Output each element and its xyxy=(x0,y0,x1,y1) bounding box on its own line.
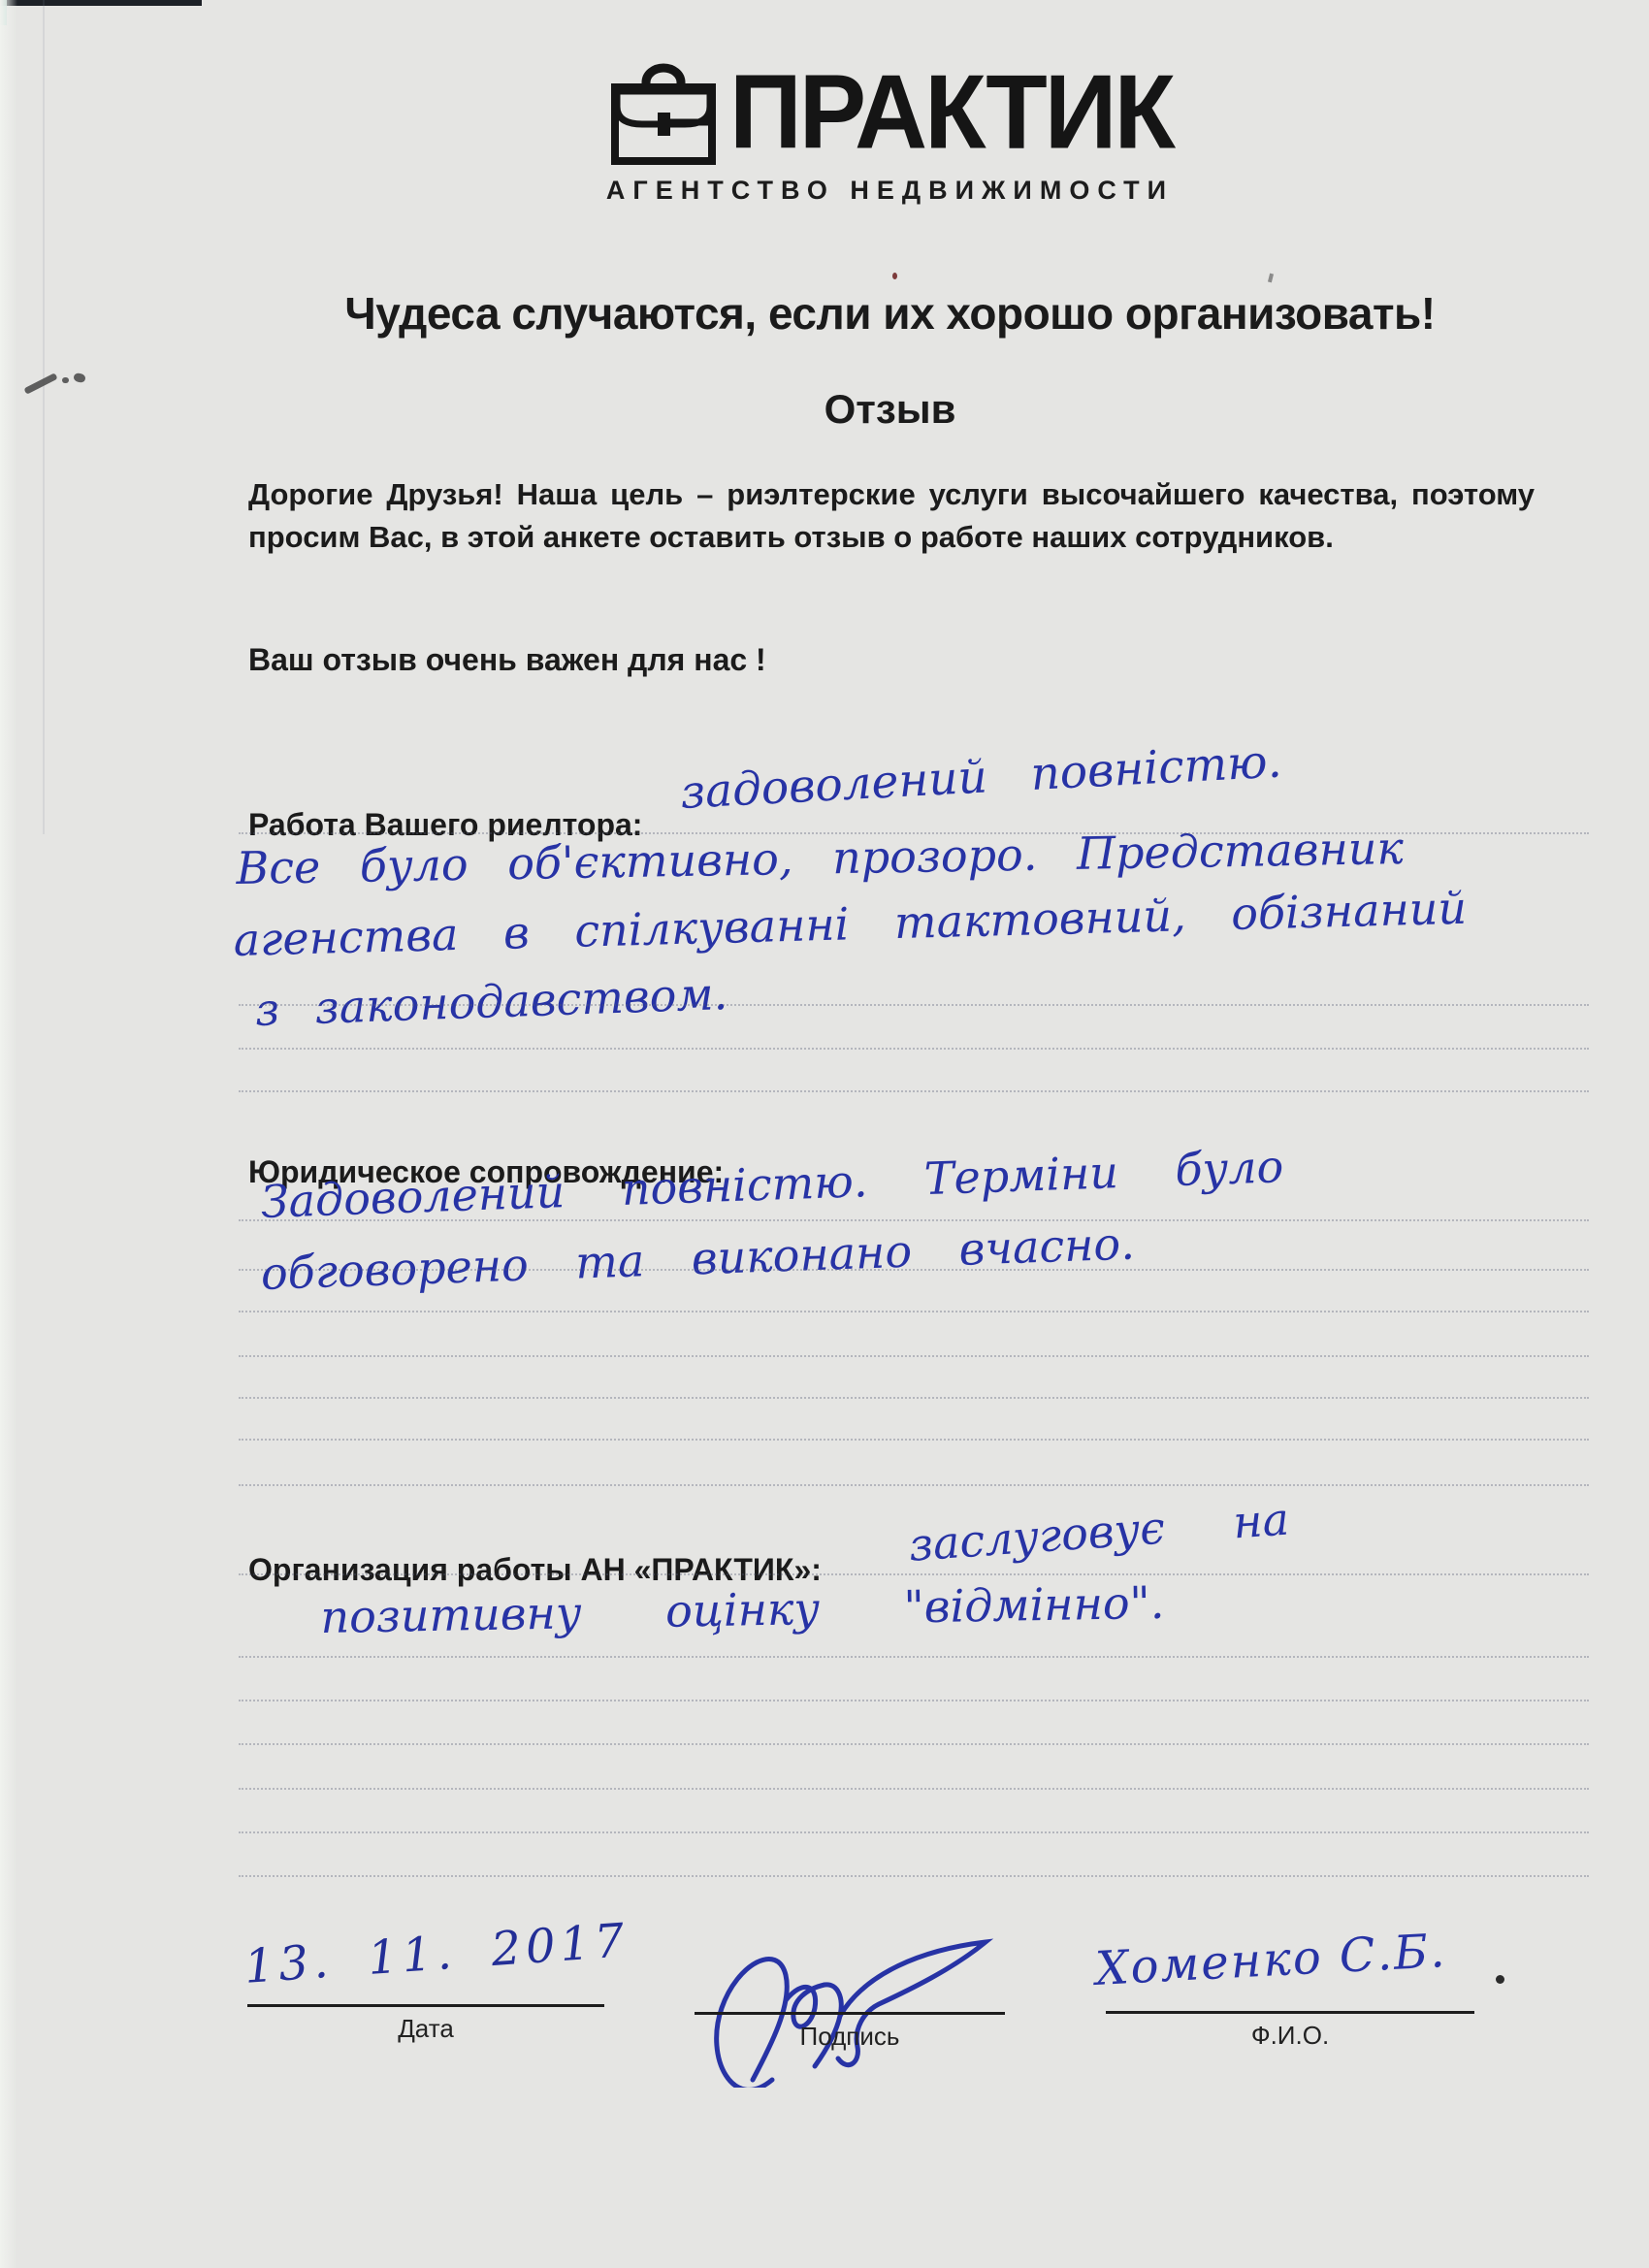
signature-label: Подпись xyxy=(695,2022,1005,2052)
answer-ruled-line xyxy=(239,1743,1589,1745)
signature-underline xyxy=(695,2012,1005,2015)
answer-ruled-line xyxy=(239,1004,1589,1006)
answer-ruled-line xyxy=(239,1219,1589,1221)
brand-name: ПРАКТИК xyxy=(729,60,1173,165)
handwritten-signature xyxy=(658,1932,1055,2088)
logo: ПРАКТИК АГЕНТСТВО НЕДВИЖИМОСТИ xyxy=(247,62,1533,206)
date-label: Дата xyxy=(247,2014,604,2044)
scan-artifact-top-bar xyxy=(0,0,202,6)
handwritten-answer-line: агенства в спілкуванні тактовний, обізна… xyxy=(233,882,1468,966)
answer-ruled-line xyxy=(239,1355,1589,1357)
answer-ruled-line xyxy=(239,1048,1589,1050)
name-underline xyxy=(1106,2011,1474,2014)
answer-ruled-line xyxy=(239,1269,1589,1271)
answer-ruled-line xyxy=(239,1875,1589,1877)
date-underline xyxy=(247,2004,604,2007)
answer-ruled-line xyxy=(239,1090,1589,1092)
red-speck xyxy=(892,273,897,279)
handwritten-answer-line: заслуговує на xyxy=(907,1493,1291,1571)
ink-speck xyxy=(62,377,69,383)
answer-ruled-line xyxy=(239,1656,1589,1658)
logo-subtitle: АГЕНТСТВО НЕДВИЖИМОСТИ xyxy=(247,176,1533,206)
form-title: Отзыв xyxy=(247,386,1533,433)
importance-note: Ваш отзыв очень важен для нас ! xyxy=(248,642,766,678)
answer-ruled-line xyxy=(239,1700,1589,1701)
ink-dot xyxy=(1496,1975,1504,1984)
handwritten-answer-line: з законодавством. xyxy=(254,967,728,1036)
handwritten-answer-line: обговорено та виконано вчасно. xyxy=(260,1217,1136,1300)
handwritten-name: Хоменко С.Б. xyxy=(1094,1924,1448,1996)
answer-ruled-line xyxy=(239,1788,1589,1790)
answer-ruled-line xyxy=(239,1397,1589,1399)
handwritten-answer-line: Задоволений повністю. Терміни було xyxy=(260,1140,1284,1228)
ink-smudge xyxy=(23,373,57,395)
handwritten-answer-line: задоволений повністю. xyxy=(679,735,1283,820)
gray-speck xyxy=(1268,274,1274,283)
scanned-feedback-form: ПРАКТИК АГЕНТСТВО НЕДВИЖИМОСТИ Чудеса сл… xyxy=(0,0,1649,2268)
answer-ruled-line xyxy=(239,1831,1589,1833)
answer-ruled-line xyxy=(239,1311,1589,1312)
intro-paragraph: Дорогие Друзья! Наша цель – риэлтерские … xyxy=(248,473,1535,559)
scan-edge-light xyxy=(0,0,17,2268)
scan-artifact-vertical-line xyxy=(43,0,45,834)
briefcase-icon xyxy=(607,62,720,167)
headline: Чудеса случаются, если их хорошо организ… xyxy=(247,287,1533,340)
answer-ruled-line xyxy=(239,832,1589,834)
answer-ruled-line xyxy=(239,1439,1589,1441)
handwritten-date: 13. 11. 2017 xyxy=(242,1913,630,1994)
name-label: Ф.И.О. xyxy=(1106,2021,1474,2051)
answer-ruled-line xyxy=(239,1484,1589,1486)
question-label-agency-organization: Организация работы АН «ПРАКТИК»: xyxy=(248,1552,822,1588)
answer-ruled-line xyxy=(239,1573,1589,1575)
ink-speck xyxy=(73,373,86,384)
